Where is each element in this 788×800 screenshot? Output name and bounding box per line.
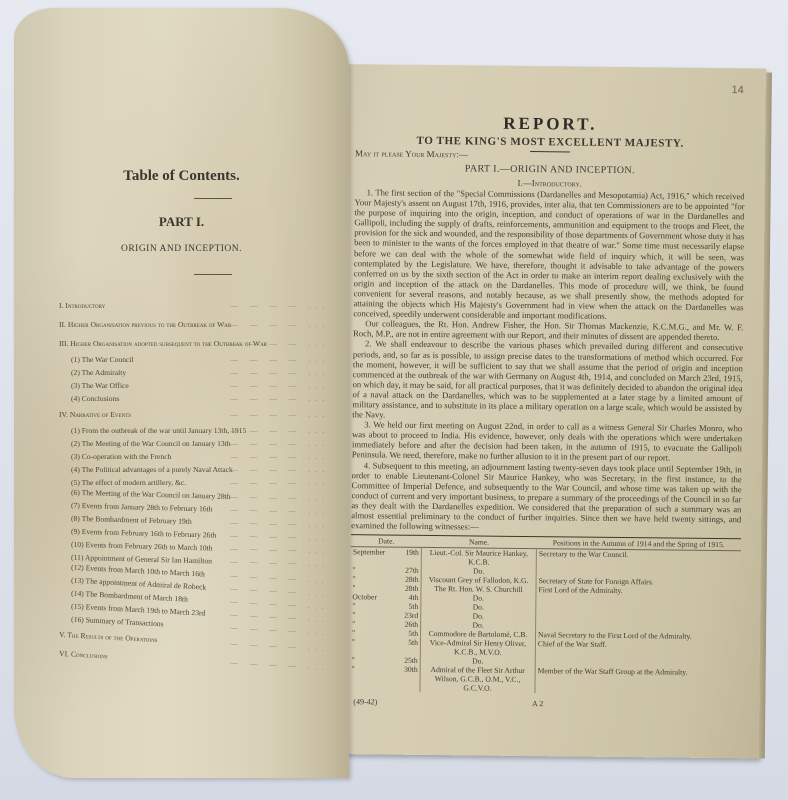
witness-table-body: September19thLieut.-Col. Sir Maurice Han… — [349, 547, 740, 696]
toc-item: IV. Narrative of Events— — — — ... — [59, 405, 329, 424]
date-day: 4th — [409, 593, 419, 602]
pencil-page-number: 14 — [731, 84, 743, 96]
date-month: " — [352, 601, 355, 610]
leader-dots: — — — — ... — [230, 424, 329, 437]
toc-item: II. Higher Organisation previous to the … — [59, 315, 329, 334]
paragraph-4: 4. Subsequent to this meeting, an adjour… — [351, 460, 742, 535]
leader-dots: — — — — ... — [230, 392, 329, 405]
date-month: " — [352, 610, 355, 619]
toc-item-label: (1) From the outbreak of the war until J… — [71, 426, 246, 435]
date-month: " — [352, 619, 355, 628]
toc-item: (3) The War Office— — — — ... — [59, 379, 329, 392]
cell-position: Secretary to the War Council. — [536, 549, 741, 570]
toc-item-label: I. Introductory — [59, 301, 105, 310]
right-page-report: 14 REPORT. TO THE KING'S MOST EXCELLENT … — [329, 64, 766, 758]
salutation: May it please Your Majesty:— — [355, 148, 745, 162]
date-day: 19th — [405, 548, 419, 557]
toc-item-label: VI. Conclusions — [59, 649, 108, 661]
cell-position: Member of the War Staff Group at the Adm… — [535, 666, 740, 695]
print-code: (49-42) — [353, 697, 377, 706]
cell-position: Chief of the War Staff. — [535, 639, 740, 659]
leader-dots: — — — — ... — [230, 463, 329, 476]
paragraph-1: 1. The first section of the "Special Com… — [353, 187, 744, 322]
date-day: 23rd — [404, 611, 418, 620]
toc-item: (2) The Admiralty— — — — ... — [59, 366, 329, 379]
date-day: 30th — [404, 665, 418, 674]
cell-date: September19th — [351, 547, 422, 566]
page-footer: (49-42) A 2 — [349, 697, 557, 708]
report-content: REPORT. TO THE KING'S MOST EXCELLENT MAJ… — [349, 112, 745, 710]
report-title: REPORT. — [355, 112, 745, 136]
date-day: 28th — [405, 584, 419, 593]
toc-title: Table of Contents. — [14, 168, 349, 185]
leader-dots: — — — — ... — [230, 296, 329, 315]
toc-rule — [194, 198, 232, 199]
toc-item-label: (1) The War Council — [71, 355, 134, 364]
toc-item: III. Higher Organisation adopted subsequ… — [59, 334, 329, 353]
date-month: September — [353, 547, 386, 556]
date-day: 5th — [409, 602, 419, 611]
toc-subtitle: ORIGIN AND INCEPTION. — [14, 244, 349, 254]
toc-item-label: (4) Conclusions — [71, 394, 119, 403]
leader-dots: — — — — ... — [230, 405, 329, 424]
date-month: " — [353, 565, 356, 574]
leader-dots: — — — — ... — [230, 555, 329, 571]
part-heading: PART I.—ORIGIN AND INCEPTION. — [355, 162, 745, 177]
toc-item: (3) Co-operation with the French— — — — … — [59, 450, 329, 463]
date-month: " — [352, 637, 355, 646]
date-day: 27th — [405, 566, 419, 575]
date-day: 28th — [405, 575, 419, 584]
cell-name: Admiral of the Fleet Sir Arthur Wilson, … — [420, 665, 535, 693]
toc-item-label: V. The Results of the Operations — [59, 630, 158, 644]
leader-dots: — — — — ... — [230, 476, 329, 489]
toc-item: (1) From the outbreak of the war until J… — [59, 424, 329, 437]
date-month: " — [352, 655, 355, 664]
toc-item-label: (2) The Meeting of the War Council on Ja… — [71, 439, 231, 448]
cell-date: "5th — [350, 637, 421, 656]
toc-item-label: (2) The Admiralty — [71, 368, 126, 377]
date-month: October — [352, 592, 377, 601]
leader-dots: — — — — ... — [230, 437, 329, 450]
date-day: 5th — [408, 638, 418, 647]
leader-dots: — — — — ... — [230, 379, 329, 392]
signature-mark: A 2 — [532, 699, 543, 708]
date-month: " — [352, 628, 355, 637]
toc-item-label: IV. Narrative of Events — [59, 410, 131, 419]
toc-list: I. Introductory— — — — ...II. Higher Org… — [59, 296, 329, 670]
leader-dots: — — — — ... — [230, 366, 329, 379]
leader-dots: — — — — ... — [230, 353, 329, 366]
cell-name: Lieut.-Col. Sir Maurice Hankey, K.C.B. — [421, 548, 536, 568]
toc-item-label: (4) The Political advantages of a purely… — [71, 465, 233, 474]
header-date: Date. — [351, 535, 422, 548]
paragraph-3: 3. We held our first meeting on August 2… — [352, 419, 742, 463]
toc-item: (4) Conclusions— — — — ... — [59, 392, 329, 405]
cell-date: October4th — [350, 592, 421, 602]
date-day: 25th — [404, 656, 418, 665]
date-day: 26th — [405, 620, 419, 629]
cell-date: "30th — [349, 664, 420, 692]
table-row: "30thAdmiral of the Fleet Sir Arthur Wil… — [349, 664, 739, 695]
witness-table: Date. Name. Positions in the Autumn of 1… — [349, 534, 741, 695]
toc-rule — [194, 274, 232, 275]
date-day: 5th — [408, 629, 418, 638]
cell-name: Vice-Admiral Sir Henry Oliver, K.C.B., M… — [420, 638, 535, 657]
toc-item: (1) The War Council— — — — ... — [59, 353, 329, 366]
date-month: " — [352, 664, 355, 673]
leader-dots: — — — — ... — [230, 450, 329, 463]
toc-item-label: (3) Co-operation with the French — [71, 452, 171, 461]
leader-dots: — — — — ... — [230, 334, 329, 353]
date-month: " — [353, 574, 356, 583]
toc-part: PART I. — [14, 214, 349, 230]
toc-item: (4) The Political advantages of a purely… — [59, 463, 329, 476]
toc-item: I. Introductory— — — — ... — [59, 296, 329, 315]
toc-item: (2) The Meeting of the War Council on Ja… — [59, 437, 329, 450]
toc-item-label: (3) The War Office — [71, 381, 129, 390]
toc-item-label: II. Higher Organisation previous to the … — [59, 320, 231, 329]
date-month: " — [352, 583, 355, 592]
leader-dots: — — — — ... — [230, 653, 330, 677]
leader-dots: — — — — ... — [230, 315, 329, 334]
left-page-table-of-contents: Table of Contents. PART I. ORIGIN AND IN… — [14, 8, 349, 778]
toc-item-label: (8) The Bombardment of February 19th — [71, 514, 192, 526]
paragraph-2: 2. We shall endeavour to describe the va… — [352, 339, 743, 424]
